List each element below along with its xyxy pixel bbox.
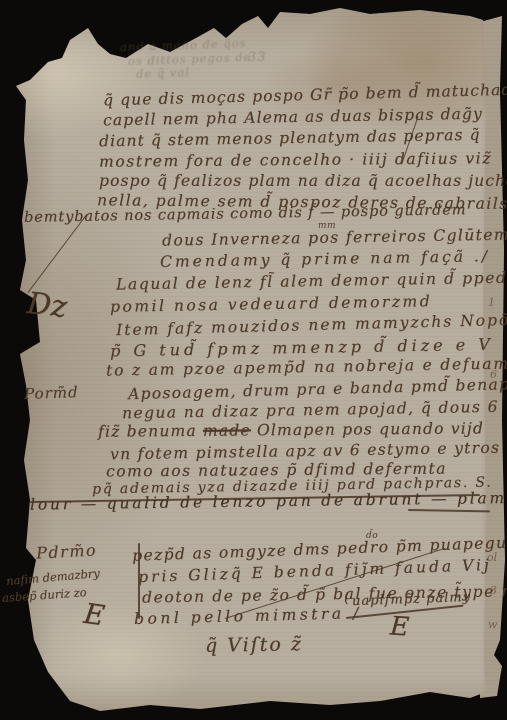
- edge-fragment: ol: [487, 551, 497, 564]
- margin-note-pormo: Porm̃d: [24, 383, 79, 403]
- text-line: pospo q̃ fealizos plam na diza q̃ acoelh…: [99, 172, 507, 190]
- edge-fragment: 6: [490, 368, 497, 381]
- signature-bracket: (: [344, 590, 351, 606]
- manuscript-scan: and a mano de q̃os os dittos pegos de de…: [0, 0, 507, 720]
- edge-fragment: 3: [490, 584, 497, 597]
- edge-fragment: 1: [488, 296, 495, 309]
- ghost-text-mark: 33: [248, 50, 267, 65]
- margin-note-pormo: Pdrm̃o: [36, 540, 98, 562]
- text-segment: Olmapen pos quando vijd: [251, 419, 484, 439]
- ghost-text-line: de q̃ val: [136, 65, 190, 81]
- text-line-with-strikeout: fiz̃ benuma made Olmapen pos quando vijd: [98, 419, 484, 440]
- struck-word: made: [203, 421, 251, 439]
- visto-mark: q̃ Viſto z̃: [205, 633, 303, 657]
- signature-flourish: E: [389, 611, 410, 642]
- text-segment: fiz̃ benuma: [98, 422, 203, 441]
- text-line: mostrem fora de concelho · iiij dafiius …: [99, 149, 492, 170]
- edge-fragment: w: [488, 618, 497, 631]
- margin-flourish-dz: Dz: [25, 286, 68, 325]
